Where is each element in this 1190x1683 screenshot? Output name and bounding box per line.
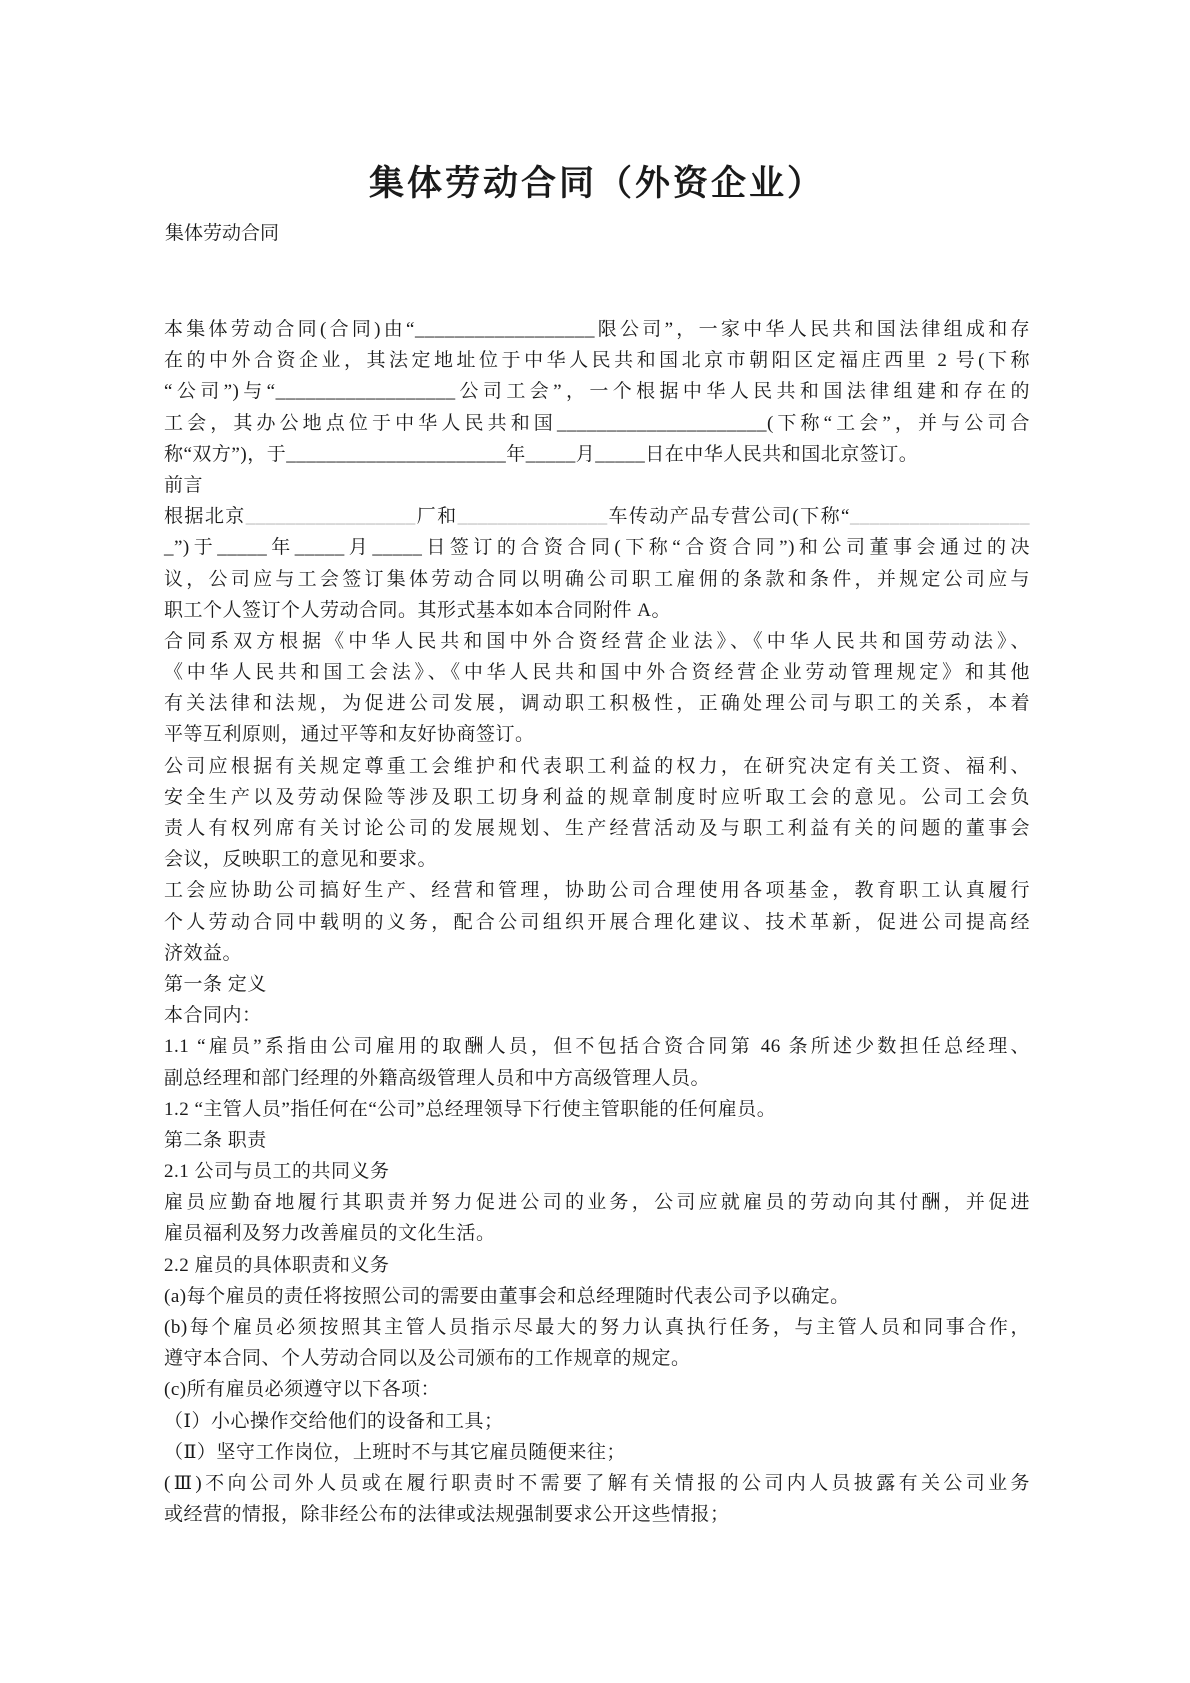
text-segment: 有关法律和法规，为促进公司发展，调动职工积极性，正确处理公司与职工的关系，本着 <box>164 693 1030 714</box>
text-segment: 根据北京 <box>164 506 246 527</box>
document-line: (c)所有雇员必须遵守以下各项： <box>164 1374 1030 1405</box>
text-segment: “公司”)与“ <box>164 381 276 402</box>
text-segment: (下称“工会”，并与公司合 <box>767 413 1030 434</box>
document-line: 在的中外合资企业，其法定地址位于中华人民共和国北京市朝阳区定福庄西里 2 号(下… <box>164 345 1030 376</box>
blank-underscore: _____ <box>295 537 345 558</box>
document-line: 雇员福利及努力改善雇员的文化生活。 <box>164 1218 1030 1249</box>
text-segment: 2.2 雇员的具体职责和义务 <box>164 1255 390 1276</box>
text-segment: 雇员福利及努力改善雇员的文化生活。 <box>164 1223 496 1244</box>
document-line: _”)于_____年_____月_____日签订的合资合同(下称“合资合同”)和… <box>164 532 1030 563</box>
document-line: 会议，反映职工的意见和要求。 <box>164 844 1030 875</box>
text-segment: 公司应根据有关规定尊重工会维护和代表职工利益的权力，在研究决定有关工资、福利、 <box>164 756 1030 777</box>
document-line: 2.1 公司与员工的共同义务 <box>164 1156 1030 1187</box>
text-segment: 称“双方”)，于 <box>164 444 286 465</box>
document-line: 遵守本合同、个人劳动合同以及公司颁布的工作规章的规定。 <box>164 1343 1030 1374</box>
text-segment: 第二条 职责 <box>164 1130 267 1151</box>
text-segment: （Ⅰ）小心操作交给他们的设备和工具； <box>164 1411 504 1432</box>
text-segment: 月 <box>576 444 596 465</box>
text-segment: 日在中华人民共和国北京签订。 <box>645 444 918 465</box>
text-segment: (Ⅲ)不向公司外人员或在履行职责时不需要了解有关情报的公司内人员披露有关公司业务 <box>164 1473 1030 1494</box>
text-segment: 在的中外合资企业，其法定地址位于中华人民共和国北京市朝阳区定福庄西里 2 号(下… <box>164 350 1030 371</box>
text-segment: 职工个人签订个人劳动合同。其形式基本如本合同附件 A。 <box>164 600 671 621</box>
document-subtitle: 集体劳动合同 <box>165 221 279 247</box>
document-line: 本合同内： <box>164 1000 1030 1031</box>
blank-underscore: __________________ <box>276 381 456 402</box>
document-line: 合同系双方根据《中华人民共和国中外合资经营企业法》、《中华人民共和国劳动法》、 <box>164 626 1030 657</box>
document-line: 第二条 职责 <box>164 1125 1030 1156</box>
text-segment: 工会应协助公司搞好生产、经营和管理，协助公司合理使用各项基金，教育职工认真履行 <box>164 880 1030 901</box>
text-segment: (a)每个雇员的责任将按照公司的需要由董事会和总经理随时代表公司予以确定。 <box>164 1286 850 1307</box>
document-line: （Ⅱ）坚守工作岗位，上班时不与其它雇员随便来往； <box>164 1437 1030 1468</box>
blank-underscore: _____ <box>526 444 576 465</box>
document-line: 第一条 定义 <box>164 969 1030 1000</box>
document-line: 2.2 雇员的具体职责和义务 <box>164 1250 1030 1281</box>
text-segment: 会议，反映职工的意见和要求。 <box>164 849 437 870</box>
blank-underscore: ______________________ <box>286 444 506 465</box>
document-line: 根据北京_________________厂和_______________车传… <box>164 501 1030 532</box>
document-line: （Ⅰ）小心操作交给他们的设备和工具； <box>164 1406 1030 1437</box>
text-segment: 本集体劳动合同(合同)由“ <box>164 319 415 340</box>
text-segment: 或经营的情报，除非经公布的法律或法规强制要求公开这些情报； <box>164 1504 730 1525</box>
text-segment: 议，公司应与工会签订集体劳动合同以明确公司职工雇佣的条款和条件，并规定公司应与 <box>164 569 1030 590</box>
document-line: 安全生产以及劳动保险等涉及职工切身利益的规章制度时应听取工会的意见。公司工会负 <box>164 782 1030 813</box>
blank-underscore: _____ <box>217 537 267 558</box>
text-segment: 前言 <box>164 475 203 496</box>
text-segment: 车传动产品专营公司(下称“ <box>608 506 850 527</box>
text-segment: 安全生产以及劳动保险等涉及职工切身利益的规章制度时应听取工会的意见。公司工会负 <box>164 787 1030 808</box>
text-segment: _”)于 <box>164 537 217 558</box>
text-segment: 1.2 “主管人员”指任何在“公司”总经理领导下行使主管职能的任何雇员。 <box>164 1099 776 1120</box>
document-line: (Ⅲ)不向公司外人员或在履行职责时不需要了解有关情报的公司内人员披露有关公司业务 <box>164 1468 1030 1499</box>
document-line: 公司应根据有关规定尊重工会维护和代表职工利益的权力，在研究决定有关工资、福利、 <box>164 751 1030 782</box>
document-line: 1.1 “雇员”系指由公司雇用的取酬人员，但不包括合资合同第 46 条所述少数担… <box>164 1031 1030 1062</box>
blank-underscore: _____ <box>595 444 645 465</box>
document-line: 工会，其办公地点位于中华人民共和国_____________________(下… <box>164 408 1030 439</box>
document-line: 济效益。 <box>164 938 1030 969</box>
blank-underscore: _____________________ <box>557 413 767 434</box>
text-segment: 个人劳动合同中载明的义务，配合公司组织开展合理化建议、技术革新，促进公司提高经 <box>164 912 1030 933</box>
text-segment: (b)每个雇员必须按照其主管人员指示尽最大的努力认真执行任务，与主管人员和同事合… <box>164 1317 1030 1338</box>
document-line: “公司”)与“__________________公司工会”，一个根据中华人民共… <box>164 376 1030 407</box>
document-line: 职工个人签订个人劳动合同。其形式基本如本合同附件 A。 <box>164 595 1030 626</box>
text-segment: 公司工会”，一个根据中华人民共和国法律组建和存在的 <box>456 381 1030 402</box>
blank-underscore: __________________ <box>415 319 595 340</box>
document-line: (a)每个雇员的责任将按照公司的需要由董事会和总经理随时代表公司予以确定。 <box>164 1281 1030 1312</box>
document-line: 副总经理和部门经理的外籍高级管理人员和中方高级管理人员。 <box>164 1063 1030 1094</box>
document-line: 1.2 “主管人员”指任何在“公司”总经理领导下行使主管职能的任何雇员。 <box>164 1094 1030 1125</box>
document-line: 或经营的情报，除非经公布的法律或法规强制要求公开这些情报； <box>164 1499 1030 1530</box>
document-line: 雇员应勤奋地履行其职责并努力促进公司的业务，公司应就雇员的劳动向其付酬，并促进 <box>164 1187 1030 1218</box>
text-segment: 济效益。 <box>164 943 242 964</box>
text-segment: 限公司”，一家中华人民共和国法律组成和存 <box>595 319 1030 340</box>
document-line: 责人有权列席有关讨论公司的发展规划、生产经营活动及与职工利益有关的问题的董事会 <box>164 813 1030 844</box>
contract-document-page: 集体劳动合同（外资企业） 集体劳动合同 本集体劳动合同(合同)由“_______… <box>0 0 1190 1683</box>
document-line: 有关法律和法规，为促进公司发展，调动职工积极性，正确处理公司与职工的关系，本着 <box>164 688 1030 719</box>
text-segment: 年 <box>267 537 295 558</box>
document-line: 本集体劳动合同(合同)由“__________________限公司”，一家中华… <box>164 314 1030 345</box>
document-body: 本集体劳动合同(合同)由“__________________限公司”，一家中华… <box>164 314 1030 1530</box>
document-line: 议，公司应与工会签订集体劳动合同以明确公司职工雇佣的条款和条件，并规定公司应与 <box>164 564 1030 595</box>
text-segment: 日签订的合资合同(下称“合资合同”)和公司董事会通过的决 <box>422 537 1030 558</box>
document-line: 称“双方”)，于______________________年_____月___… <box>164 439 1030 470</box>
text-segment: 厂和 <box>416 506 458 527</box>
text-segment: 合同系双方根据《中华人民共和国中外合资经营企业法》、《中华人民共和国劳动法》、 <box>164 631 1030 652</box>
text-segment: 遵守本合同、个人劳动合同以及公司颁布的工作规章的规定。 <box>164 1348 691 1369</box>
text-segment: 副总经理和部门经理的外籍高级管理人员和中方高级管理人员。 <box>164 1068 710 1089</box>
text-segment: 2.1 公司与员工的共同义务 <box>164 1161 390 1182</box>
document-line: 前言 <box>164 470 1030 501</box>
document-line: 工会应协助公司搞好生产、经营和管理，协助公司合理使用各项基金，教育职工认真履行 <box>164 875 1030 906</box>
blank-underscore: _________________ <box>246 506 416 527</box>
document-line: 个人劳动合同中载明的义务，配合公司组织开展合理化建议、技术革新，促进公司提高经 <box>164 907 1030 938</box>
document-title: 集体劳动合同（外资企业） <box>164 162 1030 206</box>
text-segment: 责人有权列席有关讨论公司的发展规划、生产经营活动及与职工利益有关的问题的董事会 <box>164 818 1030 839</box>
text-segment: （Ⅱ）坚守工作岗位，上班时不与其它雇员随便来往； <box>164 1442 626 1463</box>
text-segment: 年 <box>506 444 526 465</box>
document-line: 《中华人民共和国工会法》、《中华人民共和国中外合资经营企业劳动管理规定》和其他 <box>164 657 1030 688</box>
document-line: (b)每个雇员必须按照其主管人员指示尽最大的努力认真执行任务，与主管人员和同事合… <box>164 1312 1030 1343</box>
text-segment: 平等互利原则，通过平等和友好协商签订。 <box>164 724 535 745</box>
text-segment: (c)所有雇员必须遵守以下各项： <box>164 1379 440 1400</box>
text-segment: 第一条 定义 <box>164 974 267 995</box>
text-segment: 月 <box>345 537 373 558</box>
blank-underscore: _____ <box>372 537 422 558</box>
text-segment: 雇员应勤奋地履行其职责并努力促进公司的业务，公司应就雇员的劳动向其付酬，并促进 <box>164 1192 1030 1213</box>
text-segment: 工会，其办公地点位于中华人民共和国 <box>164 413 557 434</box>
text-segment: 本合同内： <box>164 1005 262 1026</box>
blank-underscore: __________________ <box>850 506 1030 527</box>
text-segment: 1.1 “雇员”系指由公司雇用的取酬人员，但不包括合资合同第 46 条所述少数担… <box>164 1036 1030 1057</box>
blank-underscore: _______________ <box>458 506 608 527</box>
text-segment: 《中华人民共和国工会法》、《中华人民共和国中外合资经营企业劳动管理规定》和其他 <box>164 662 1030 683</box>
document-line: 平等互利原则，通过平等和友好协商签订。 <box>164 719 1030 750</box>
